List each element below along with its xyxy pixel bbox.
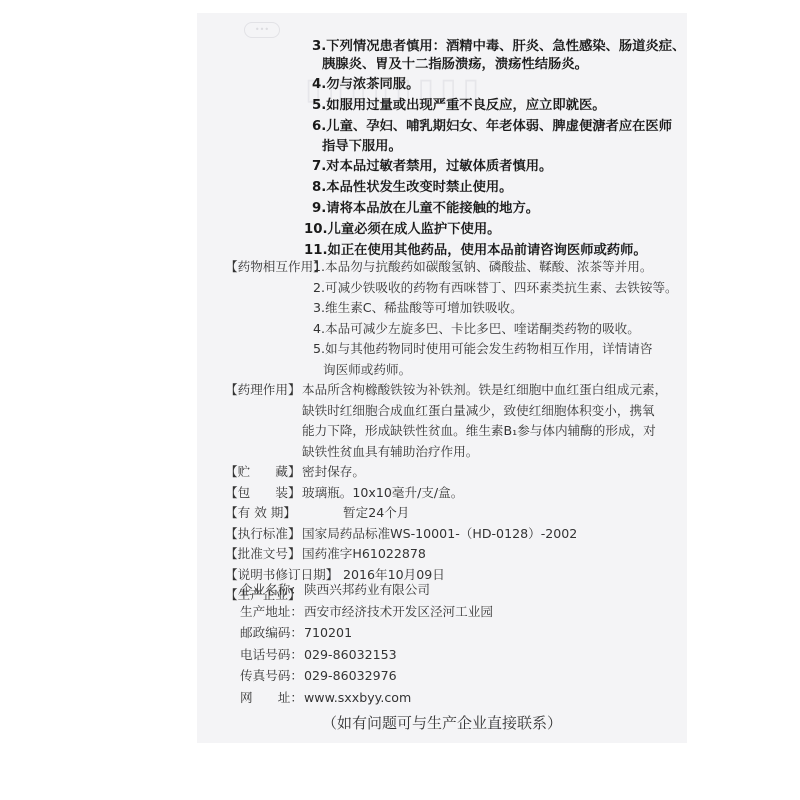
precaution-line: 5.如服用过量或出现严重不良反应，应立即就医。 xyxy=(312,97,606,115)
manufacturer-label: 电话号码： xyxy=(240,646,303,664)
manufacturer-value: 西安市经济技术开发区泾河工业园 xyxy=(304,603,493,621)
section-text: 缺铁性贫血具有辅助治疗作用。 xyxy=(302,443,478,461)
section-label: 【有 效 期】 xyxy=(225,504,296,522)
manufacturer-value: 陕西兴邦药业有限公司 xyxy=(304,581,430,599)
precaution-line: 指导下服用。 xyxy=(322,138,402,156)
section-text: 询医师或药师。 xyxy=(323,361,411,379)
manufacturer-value: 710201 xyxy=(304,624,352,642)
section-label: 【药理作用】 xyxy=(225,381,301,399)
section-value: 暂定24个月 xyxy=(343,504,409,522)
manufacturer-label: 企业名称： xyxy=(240,581,303,599)
manufacturer-label: 生产地址： xyxy=(240,603,303,621)
section-text: 2.可减少铁吸收的药物有西咪替丁、四环素类抗生素、去铁铵等。 xyxy=(313,279,678,297)
section-text: 1.本品勿与抗酸药如碳酸氢钠、磷酸盐、鞣酸、浓茶等并用。 xyxy=(313,258,652,276)
section-label: 【执行标准】 xyxy=(225,525,301,543)
section-text: 能力下降，形成缺铁性贫血。维生素B₁参与体内辅酶的形成，对 xyxy=(302,422,656,440)
section-text: 5.如与其他药物同时使用可能会发生药物相互作用，详情请咨 xyxy=(313,340,652,358)
precaution-line: 3.下列情况患者慎用：酒精中毒、肝炎、急性感染、肠道炎症、 xyxy=(312,38,685,56)
manufacturer-value: 029-86032976 xyxy=(304,667,397,685)
section-text: 缺铁时红细胞合成血红蛋白量减少，致使红细胞体积变小，携氧 xyxy=(302,402,655,420)
manufacturer-value: www.sxxbyy.com xyxy=(304,689,411,707)
section-label: 【批准文号】 xyxy=(225,545,301,563)
manufacturer-label: 传真号码： xyxy=(240,667,303,685)
manufacturer-label: 邮政编码： xyxy=(240,624,303,642)
manufacturer-value: 029-86032153 xyxy=(304,646,397,664)
footer-note: （如有问题可与生产企业直接联系） xyxy=(197,712,687,733)
section-text: 3.维生素C、稀盐酸等可增加铁吸收。 xyxy=(313,299,523,317)
section-label: 【包 装】 xyxy=(225,484,301,502)
section-value: 国家局药品标准WS-10001-（HD-0128）-2002 xyxy=(302,525,577,543)
precaution-line: 9.请将本品放在儿童不能接触的地方。 xyxy=(312,200,539,218)
section-value: 玻璃瓶。10x10毫升/支/盒。 xyxy=(302,484,463,502)
section-label: 【贮 藏】 xyxy=(225,463,301,481)
section-value: 国药准字H61022878 xyxy=(302,545,426,563)
manufacturer-label: 网 址： xyxy=(240,689,303,707)
precaution-line: 10.儿童必须在成人监护下使用。 xyxy=(304,221,500,239)
brand-logo-icon: ••• xyxy=(244,22,280,38)
section-value: 密封保存。 xyxy=(302,463,365,481)
section-text: 本品所含枸橼酸铁铵为补铁剂。铁是红细胞中血红蛋白组成元素， xyxy=(302,381,667,399)
section-text: 4.本品可减少左旋多巴、卡比多巴、喹诺酮类药物的吸收。 xyxy=(313,320,640,338)
precaution-line: 4.勿与浓茶同服。 xyxy=(312,76,419,94)
precaution-line: 7.对本品过敏者禁用，过敏体质者慎用。 xyxy=(312,158,552,176)
section-label: 【药物相互作用】 xyxy=(225,258,326,276)
precaution-line: 6.儿童、孕妇、哺乳期妇女、年老体弱、脾虚便溏者应在医师 xyxy=(312,118,672,136)
precaution-line: 胰腺炎、胃及十二指肠溃疡，溃疡性结肠炎。 xyxy=(322,56,588,74)
precaution-line: 8.本品性状发生改变时禁止使用。 xyxy=(312,179,512,197)
